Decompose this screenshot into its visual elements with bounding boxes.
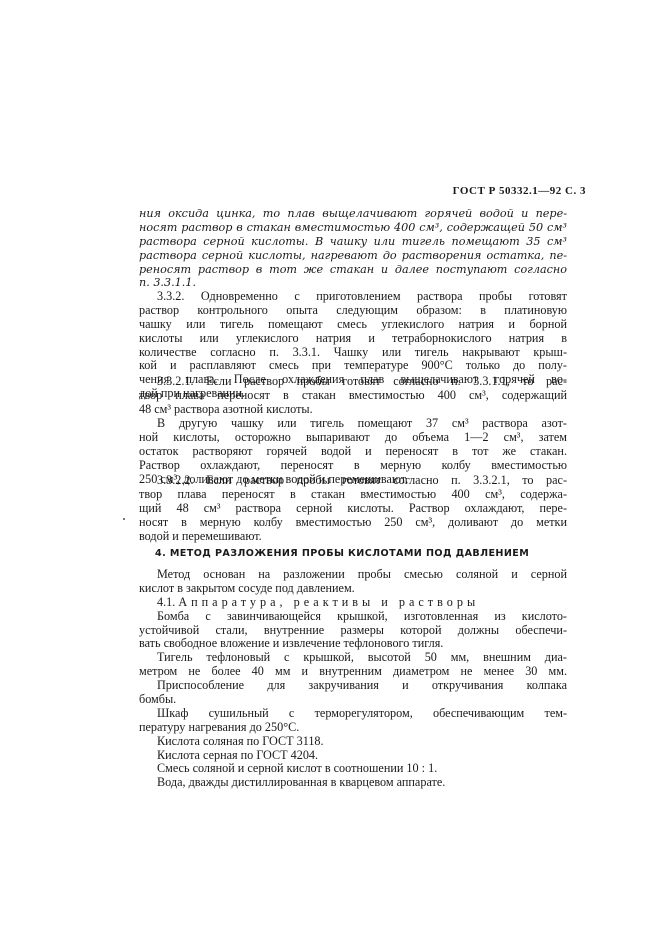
- text-line: устойчивой стали, внутренние размеры кот…: [139, 624, 567, 638]
- scan-speck: [123, 518, 125, 520]
- text-line: ния оксида цинка, то плав выщелачивают г…: [139, 207, 567, 221]
- section4-body: Метод основан на разложении пробы смесью…: [139, 568, 567, 790]
- text-line: В другую чашку или тигель помещают 37 см…: [139, 417, 567, 431]
- text-line: Шкаф сушильный с терморегулятором, обесп…: [139, 707, 567, 721]
- text-line: вать свободное вложение и извлечение теф…: [139, 637, 567, 651]
- text-line: метром не более 40 мм и внутренним диаме…: [139, 665, 567, 679]
- text-line: раствор контрольного опыта следующим обр…: [139, 304, 567, 318]
- text-line: щий 48 см³ раствора серной кислоты. Раст…: [139, 502, 567, 516]
- list-item: Вода, дважды дистиллированная в кварцево…: [139, 776, 567, 790]
- text-line: чашку или тигель помещают смесь углекисл…: [139, 318, 567, 332]
- text-line: кислот в закрытом сосуде под давлением.: [139, 582, 567, 596]
- page-header: ГОСТ Р 50332.1—92 С. 3: [396, 185, 586, 197]
- list-item: Смесь соляной и серной кислот в соотноше…: [139, 762, 567, 776]
- text-line: раствора серной кислоты, нагревают до ра…: [139, 249, 567, 263]
- text-line: 48 см³ раствора азотной кислоты.: [139, 403, 567, 417]
- text-line: носят в мерную колбу вместимостью 250 см…: [139, 516, 567, 530]
- text-line: количестве согласно п. 3.3.1. Чашку или …: [139, 346, 567, 360]
- text-line: твор плава переносят в стакан вместимост…: [139, 488, 567, 502]
- list-item: Кислота соляная по ГОСТ 3118.: [139, 735, 567, 749]
- text-line: остаток растворяют горячей водой и перен…: [139, 445, 567, 459]
- text-line: 3.3.2.2. Если раствор пробы готовят согл…: [139, 474, 567, 488]
- text-line: Метод основан на разложении пробы смесью…: [139, 568, 567, 582]
- text-line: 3.3.2.1. Если раствор пробы готовят согл…: [139, 375, 567, 389]
- list-item: Кислота серная по ГОСТ 4204.: [139, 749, 567, 763]
- section-heading: 4. МЕТОД РАЗЛОЖЕНИЯ ПРОБЫ КИСЛОТАМИ ПОД …: [155, 548, 529, 559]
- text-line: раствора серной кислоты. В чашку или тиг…: [139, 235, 567, 249]
- text-line: ной кислоты, осторожно выпаривают до объ…: [139, 431, 567, 445]
- text-line: пературу нагревания до 250°С.: [139, 721, 567, 735]
- italic-continuation: ния оксида цинка, то плав выщелачивают г…: [139, 207, 567, 290]
- paragraph-3-3-2-2: 3.3.2.2. Если раствор пробы готовят согл…: [139, 474, 567, 543]
- text-line: реносят раствор в тот же стакан и далее …: [139, 263, 567, 277]
- text-line: водой и перемешивают.: [139, 530, 567, 544]
- text-line: Тигель тефлоновый с крышкой, высотой 50 …: [139, 651, 567, 665]
- text-line: кой и расплавляют смесь при температуре …: [139, 359, 567, 373]
- text-line: носят раствор в стакан вместимостью 400 …: [139, 221, 567, 235]
- text-line: бомбы.: [139, 693, 567, 707]
- paragraph-3-3-2-1: 3.3.2.1. Если раствор пробы готовят согл…: [139, 375, 567, 417]
- subsection-number: 4.1.: [157, 595, 175, 609]
- subsection-title: Аппаратура, реактивы и растворы: [178, 595, 479, 609]
- text-line: 3.3.2. Одновременно с приготовлением рас…: [139, 290, 567, 304]
- text-line: Приспособление для закручивания и откруч…: [139, 679, 567, 693]
- text-line: твор плава переносят в стакан вместимост…: [139, 389, 567, 403]
- text-line: Бомба с завинчивающейся крышкой, изготов…: [139, 610, 567, 624]
- text-line: кислоты или углекислого натрия и тетрабо…: [139, 332, 567, 346]
- text-line: Раствор охлаждают, переносят в мерную ко…: [139, 459, 567, 473]
- subsection-title-line: 4.1. Аппаратура, реактивы и растворы: [139, 596, 567, 610]
